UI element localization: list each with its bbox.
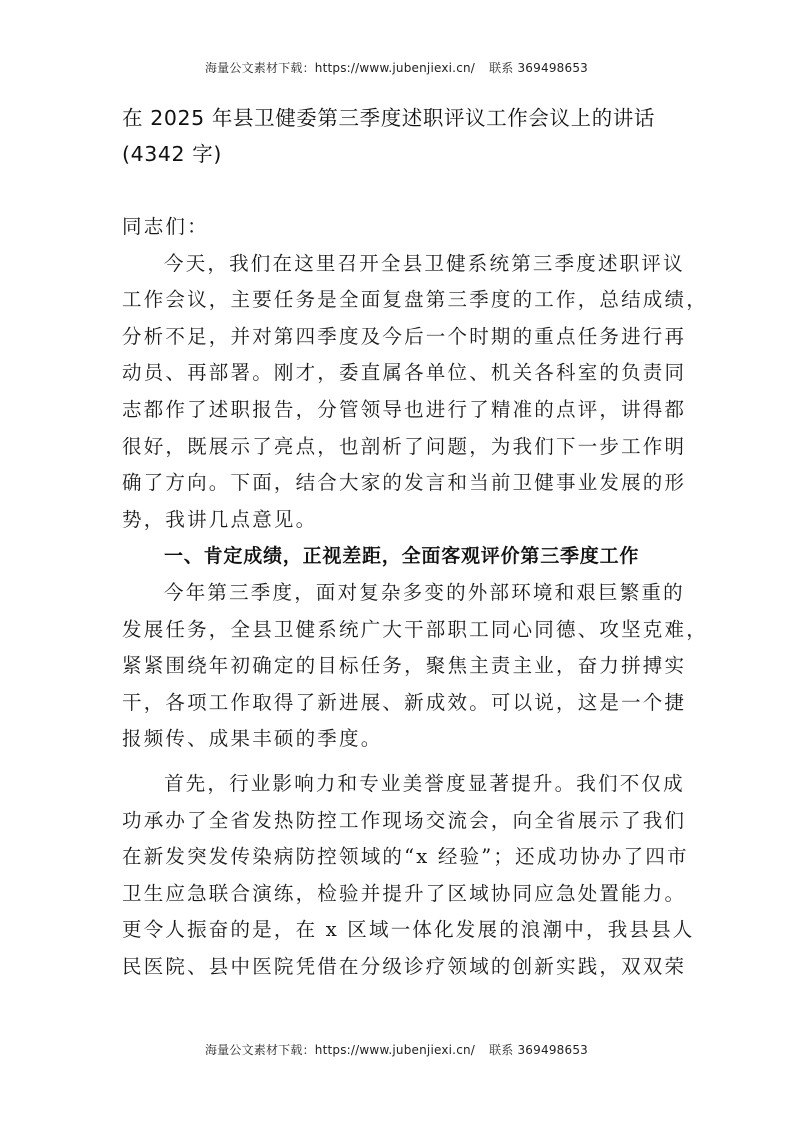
paragraph-section1-intro: 今年第三季度，面对复杂多变的外部环境和艰巨繁重的 发展任务，全县卫健系统广大干部… (122, 575, 675, 758)
paragraph-line: 在新发突发传染病防控领域的“x 经验”；还成功协办了四市 (122, 839, 675, 876)
section-heading-1: 一、肯定成绩，正视差距，全面客观评价第三季度工作 (122, 538, 675, 575)
document-body: 在 2025 年县卫健委第三季度述职评议工作会议上的讲话 (4342 字) 同志… (122, 100, 675, 985)
paragraph-line: 报频传、成果丰硕的季度。 (122, 721, 675, 758)
paragraph-line: 发展任务，全县卫健系统广大干部职工同心同德、攻坚克难， (122, 612, 675, 649)
document-title: 在 2025 年县卫健委第三季度述职评议工作会议上的讲话 (4342 字) (122, 100, 675, 172)
paragraph-line: 今天，我们在这里召开全县卫健系统第三季度述职评议 (122, 246, 675, 283)
paragraph-line: 动员、再部署。刚才，委直属各单位、机关各科室的负责同 (122, 355, 675, 392)
salutation: 同志们： (122, 209, 675, 246)
paragraph-line: 卫生应急联合演练，检验并提升了区域协同应急处置能力。 (122, 876, 675, 913)
paragraph-line: 分析不足，并对第四季度及今后一个时期的重点任务进行再 (122, 319, 675, 356)
header-contact: 联系 369498653 (489, 61, 588, 75)
title-line-1: 在 2025 年县卫健委第三季度述职评议工作会议上的讲话 (122, 100, 675, 136)
page-footer-watermark: 海量公文素材下载：https://www.jubenjiexi.cn/联系 36… (0, 1041, 793, 1058)
footer-url-link[interactable]: https://www.jubenjiexi.cn/ (315, 1043, 475, 1057)
paragraph-line: 志都作了述职报告，分管领导也进行了精准的点评，讲得都 (122, 392, 675, 429)
paragraph-line: 今年第三季度，面对复杂多变的外部环境和艰巨繁重的 (122, 575, 675, 612)
footer-download-label: 海量公文素材下载： (205, 1043, 315, 1057)
paragraph-line: 确了方向。下面，结合大家的发言和当前卫健事业发展的形 (122, 465, 675, 502)
paragraph-line: 工作会议，主要任务是全面复盘第三季度的工作，总结成绩， (122, 282, 675, 319)
paragraph-line: 干，各项工作取得了新进展、新成效。可以说，这是一个捷 (122, 685, 675, 722)
paragraph-line: 民医院、县中医院凭借在分级诊疗领域的创新实践，双双荣 (122, 949, 675, 986)
paragraph-line: 紧紧围绕年初确定的目标任务，聚焦主责主业，奋力拼搏实 (122, 648, 675, 685)
paragraph-first-point: 首先，行业影响力和专业美誉度显著提升。我们不仅成 功承办了全省发热防控工作现场交… (122, 766, 675, 986)
paragraph-spacer (122, 758, 675, 766)
header-url-link[interactable]: https://www.jubenjiexi.cn/ (315, 61, 475, 75)
paragraph-opening: 今天，我们在这里召开全县卫健系统第三季度述职评议 工作会议，主要任务是全面复盘第… (122, 246, 675, 539)
footer-contact: 联系 369498653 (489, 1043, 588, 1057)
page-header-watermark: 海量公文素材下载：https://www.jubenjiexi.cn/联系 36… (0, 59, 793, 76)
paragraph-line: 很好，既展示了亮点，也剖析了问题，为我们下一步工作明 (122, 429, 675, 466)
title-line-2-word-count: (4342 字) (122, 136, 675, 172)
paragraph-line: 更令人振奋的是，在 x 区域一体化发展的浪潮中，我县县人 (122, 912, 675, 949)
paragraph-line: 功承办了全省发热防控工作现场交流会，向全省展示了我们 (122, 803, 675, 840)
header-download-label: 海量公文素材下载： (205, 61, 315, 75)
paragraph-line: 首先，行业影响力和专业美誉度显著提升。我们不仅成 (122, 766, 675, 803)
paragraph-line: 势，我讲几点意见。 (122, 502, 675, 539)
